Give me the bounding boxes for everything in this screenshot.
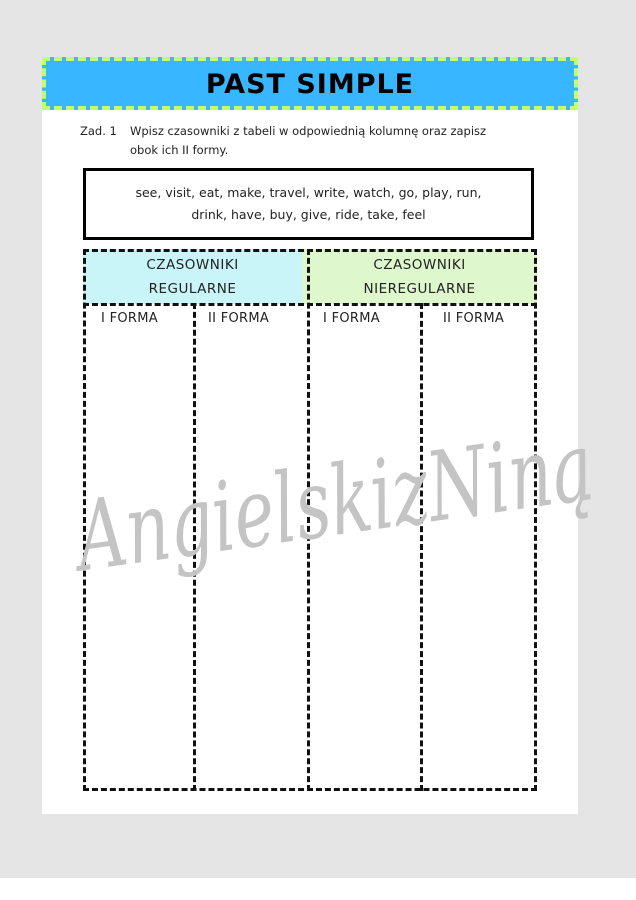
- header-regular-line-1: CZASOWNIKI: [146, 253, 238, 277]
- header-regular-line-2: REGULARNE: [149, 277, 237, 301]
- table-border-bottom: [83, 788, 537, 791]
- column-header-irregular-second-form: II FORMA: [443, 311, 504, 326]
- verb-forms-table: CZASOWNIKI REGULARNE CZASOWNIKI NIEREGUL…: [83, 249, 537, 791]
- exercise-instruction: Zad. 1 Wpisz czasowniki z tabeli w odpow…: [80, 122, 520, 160]
- instruction-line-2: obok ich II formy.: [130, 143, 228, 157]
- title-banner: PAST SIMPLE: [42, 57, 578, 110]
- column-divider-1: [193, 303, 196, 791]
- exercise-number: Zad. 1: [80, 122, 130, 160]
- header-irregular-verbs: CZASOWNIKI NIEREGULARNE: [302, 249, 537, 304]
- verb-list-line-2: drink, have, buy, give, ride, take, feel: [191, 207, 425, 222]
- header-regular-verbs: CZASOWNIKI REGULARNE: [83, 249, 302, 304]
- worksheet-page: PAST SIMPLE Zad. 1 Wpisz czasowniki z ta…: [42, 57, 578, 814]
- instruction-text: Wpisz czasowniki z tabeli w odpowiednią …: [130, 122, 520, 160]
- header-irregular-line-2: NIEREGULARNE: [364, 277, 476, 301]
- header-irregular-line-1: CZASOWNIKI: [373, 253, 465, 277]
- group-divider: [307, 249, 310, 791]
- column-header-regular-first-form: I FORMA: [101, 311, 158, 326]
- column-divider-3: [420, 303, 423, 791]
- table-border-right: [534, 249, 537, 791]
- column-header-irregular-first-form: I FORMA: [323, 311, 380, 326]
- instruction-line-1: Wpisz czasowniki z tabeli w odpowiednią …: [130, 124, 486, 138]
- verb-list-box: see, visit, eat, make, travel, write, wa…: [83, 168, 534, 240]
- page-title: PAST SIMPLE: [206, 69, 414, 100]
- verb-list-line-1: see, visit, eat, make, travel, write, wa…: [135, 185, 481, 200]
- table-border-top: [83, 249, 537, 252]
- header-divider: [83, 303, 537, 306]
- table-border-left: [83, 249, 86, 791]
- column-header-regular-second-form: II FORMA: [208, 311, 269, 326]
